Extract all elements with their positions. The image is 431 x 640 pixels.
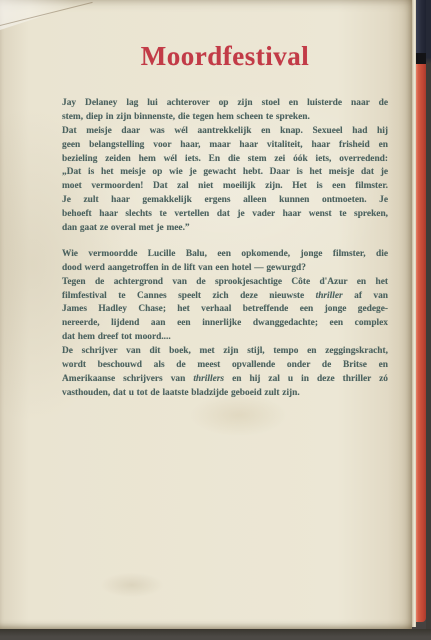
- blurb-line: James Hadley Chase; het verhaal betreffe…: [62, 303, 388, 317]
- blurb-paragraph: Wie vermoordde Lucille Balu, een opkomen…: [62, 248, 388, 401]
- spine-black-band: [416, 53, 426, 64]
- blurb-line: filmfestival te Cannes speelt zich deze …: [62, 290, 388, 304]
- blurb-line: Jay Delaney lag lui achterover op zijn s…: [62, 97, 388, 111]
- blurb-line: dan gaat ze overal met je mee.”: [62, 222, 388, 236]
- blurb-paragraph: Jay Delaney lag lui achterover op zijn s…: [62, 97, 388, 236]
- blurb-line: moet vermoorden! Dat zal niet moeilijk z…: [62, 180, 388, 194]
- spine-red-band: [416, 64, 426, 622]
- blurb-line: nereerde, lijdend aan een innerlijke dwa…: [62, 317, 388, 331]
- blurb-line: „Dat is het meisje op wie je gewacht heb…: [62, 166, 388, 180]
- printed-content: Moordfestival Jay Delaney lag lui achter…: [62, 40, 388, 401]
- blurb-text: Jay Delaney lag lui achterover op zijn s…: [62, 97, 388, 401]
- photo-bottom-edge: [0, 629, 431, 640]
- blurb-line: Amerikaanse schrijvers van thrillers en …: [62, 373, 388, 387]
- blurb-line: stem, diep in zijn binnenste, die tegen …: [62, 111, 388, 125]
- blurb-line: dat hem dreef tot moord....: [62, 331, 388, 345]
- spine-navy-band: [416, 0, 426, 53]
- book-back-cover-photo: Moordfestival Jay Delaney lag lui achter…: [0, 0, 431, 640]
- blurb-line: dood werd aangetroffen in de lift van ee…: [62, 262, 388, 276]
- back-cover-page: Moordfestival Jay Delaney lag lui achter…: [0, 0, 412, 629]
- blurb-line: behoeft haar slechts te vertellen dat je…: [62, 208, 388, 222]
- blurb-line: Je zult haar gemakkelijk ergens alleen k…: [62, 194, 388, 208]
- blurb-line: Tegen de achtergrond van de sprookjesach…: [62, 276, 388, 290]
- blurb-line: Dat meisje daar was wél aantrekkelijk en…: [62, 125, 388, 139]
- book-spine: [416, 0, 426, 640]
- photo-right-edge: [426, 0, 431, 640]
- blurb-line: vasthouden, dat u tot de laatste bladzij…: [62, 387, 388, 401]
- blurb-line: Wie vermoordde Lucille Balu, een opkomen…: [62, 248, 388, 262]
- blurb-line: wordt beschouwd als de meest opvallende …: [62, 359, 388, 373]
- book-title: Moordfestival: [62, 40, 388, 72]
- blurb-line: bezieling zeiden hem wél iets. En die st…: [62, 153, 388, 167]
- blurb-line: geen belangstelling voor haar, maar haar…: [62, 139, 388, 153]
- blurb-line: De schrijver van dit boek, met zijn stij…: [62, 345, 388, 359]
